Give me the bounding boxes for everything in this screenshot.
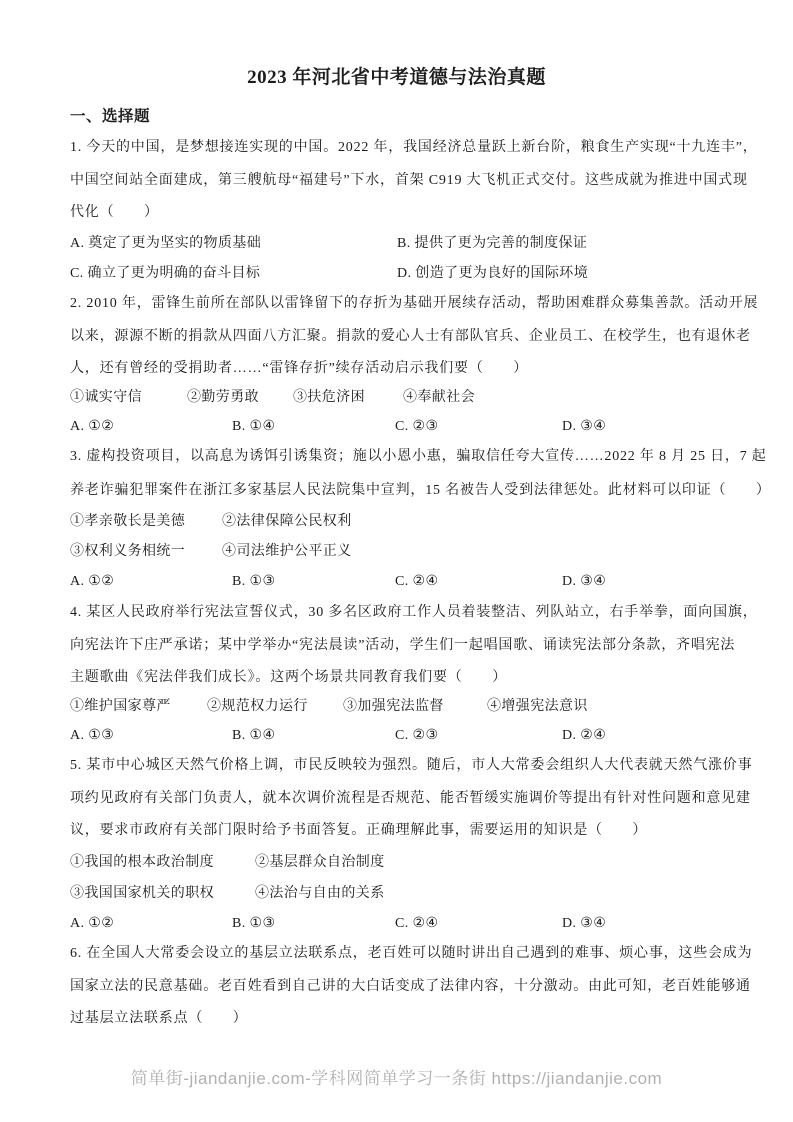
question-5-answers-row: A. ①② B. ①③ C. ②④ D. ③④: [70, 913, 793, 935]
question-1-options-row-cd: C. 确立了更为明确的奋斗目标 D. 创造了更为良好的国际环境: [70, 263, 793, 285]
question-4-option-d: D. ②④: [562, 725, 606, 747]
question-2-item-4: ④奉献社会: [403, 387, 475, 409]
question-4-line-1: 4. 某区人民政府举行宪法宣誓仪式，30 多名区政府工作人员着装整洁、列队站立，…: [70, 602, 730, 624]
question-2-option-d: D. ③④: [562, 416, 606, 438]
question-3-option-d: D. ③④: [562, 571, 606, 593]
question-3-answers-row: A. ①② B. ①③ C. ②④ D. ③④: [70, 571, 793, 593]
question-2-line-2: 以来，源源不断的捐款从四面八方汇聚。捐款的爱心人士有部队官兵、企业员工、在校学生…: [70, 326, 730, 348]
question-5-items-row-2: ③我国国家机关的职权 ④法治与自由的关系: [70, 883, 793, 905]
question-4-option-a: A. ①③: [70, 725, 114, 747]
question-1-option-a: A. 奠定了更为坚实的物质基础: [70, 233, 261, 255]
question-3-item-4: ④司法维护公平正义: [222, 541, 352, 563]
question-1-line-3: 代化（ ）: [70, 202, 730, 224]
question-1-line-2: 中国空间站全面建成，第三艘航母“福建号”下水，首架 C919 大飞机正式交付。这…: [70, 170, 730, 192]
question-2-option-a: A. ①②: [70, 416, 114, 438]
question-4-line-2: 向宪法许下庄严承诺；某中学举办“宪法晨读”活动，学生们一起唱国歌、诵读宪法部分条…: [70, 635, 730, 657]
question-2-option-b: B. ①④: [232, 416, 275, 438]
question-5-line-3: 议，要求市政府有关部门限时给予书面答复。正确理解此事，需要运用的知识是（ ）: [70, 820, 730, 842]
question-5-option-b: B. ①③: [232, 913, 275, 935]
question-6-line-2: 国家立法的民意基础。老百姓看到自己讲的大白话变成了法律内容，十分激动。由此可知，…: [70, 976, 730, 998]
question-1-options-row-ab: A. 奠定了更为坚实的物质基础 B. 提供了更为完善的制度保证: [70, 233, 793, 255]
question-5-item-2: ②基层群众自治制度: [255, 852, 385, 874]
question-1-line-1: 1. 今天的中国，是梦想接连实现的中国。2022 年，我国经济总量跃上新台阶，粮…: [70, 137, 730, 159]
question-4-answers-row: A. ①③ B. ①④ C. ②③ D. ②④: [70, 725, 793, 747]
question-5-option-a: A. ①②: [70, 913, 114, 935]
question-2-line-1: 2. 2010 年，雷锋生前所在部队以雷锋留下的存折为基础开展续存活动，帮助困难…: [70, 293, 730, 315]
page-title: 2023 年河北省中考道德与法治真题: [0, 62, 793, 89]
section-heading-multiple-choice: 一、选择题: [70, 104, 150, 126]
question-5-line-2: 项约见政府有关部门负责人，就本次调价流程是否规范、能否暂缓实施调价等提出有针对性…: [70, 788, 730, 810]
question-1-option-c: C. 确立了更为明确的奋斗目标: [70, 263, 260, 285]
question-4-items-row: ①维护国家尊严 ②规范权力运行 ③加强宪法监督 ④增强宪法意识: [70, 696, 793, 718]
question-2-item-3: ③扶危济困: [293, 387, 365, 409]
question-4-option-b: B. ①④: [232, 725, 275, 747]
exam-document-page: 2023 年河北省中考道德与法治真题 一、选择题 1. 今天的中国，是梦想接连实…: [0, 0, 793, 1122]
question-2-items-row: ①诚实守信 ②勤劳勇敢 ③扶危济困 ④奉献社会: [70, 387, 793, 409]
question-2-answers-row: A. ①② B. ①④ C. ②③ D. ③④: [70, 416, 793, 438]
question-4-item-2: ②规范权力运行: [207, 696, 308, 718]
question-6-line-3: 过基层立法联系点（ ）: [70, 1008, 730, 1030]
question-3-items-row-1: ①孝亲敬长是美德 ②法律保障公民权利: [70, 511, 793, 533]
watermark-footer: 简单街-jiandanjie.com-学科网简单学习一条街 https://ji…: [0, 1064, 793, 1089]
question-3-option-c: C. ②④: [395, 571, 438, 593]
question-5-items-row-1: ①我国的根本政治制度 ②基层群众自治制度: [70, 852, 793, 874]
question-4-line-3: 主题歌曲《宪法伴我们成长》。这两个场景共同教育我们要（ ）: [70, 667, 730, 689]
question-4-item-1: ①维护国家尊严: [70, 696, 171, 718]
question-3-items-row-2: ③权利义务相统一 ④司法维护公平正义: [70, 541, 793, 563]
question-2-option-c: C. ②③: [395, 416, 438, 438]
question-3-option-a: A. ①②: [70, 571, 114, 593]
question-3-option-b: B. ①③: [232, 571, 275, 593]
question-5-item-3: ③我国国家机关的职权: [70, 883, 214, 905]
question-2-line-3: 人，还有曾经的受捐助者……“雷锋存折”续存活动启示我们要（ ）: [70, 358, 730, 380]
question-5-line-1: 5. 某市中心城区天然气价格上调，市民反映较为强烈。随后，市人大常委会组织人大代…: [70, 755, 730, 777]
question-3-item-3: ③权利义务相统一: [70, 541, 185, 563]
question-4-item-4: ④增强宪法意识: [487, 696, 588, 718]
question-6-line-1: 6. 在全国人大常委会设立的基层立法联系点，老百姓可以随时讲出自己遇到的难事、烦…: [70, 943, 730, 965]
question-3-line-1: 3. 虚构投资项目，以高息为诱饵引诱集资；施以小恩小惠，骗取信任夸大宣传……20…: [70, 446, 730, 468]
question-4-item-3: ③加强宪法监督: [343, 696, 444, 718]
question-4-option-c: C. ②③: [395, 725, 438, 747]
question-5-option-c: C. ②④: [395, 913, 438, 935]
question-3-line-2: 养老诈骗犯罪案件在浙江多家基层人民法院集中宣判，15 名被告人受到法律惩处。此材…: [70, 480, 730, 502]
question-3-item-1: ①孝亲敬长是美德: [70, 511, 185, 533]
question-5-option-d: D. ③④: [562, 913, 606, 935]
question-5-item-1: ①我国的根本政治制度: [70, 852, 214, 874]
question-5-item-4: ④法治与自由的关系: [255, 883, 385, 905]
question-1-option-b: B. 提供了更为完善的制度保证: [397, 233, 587, 255]
question-2-item-2: ②勤劳勇敢: [187, 387, 259, 409]
question-3-item-2: ②法律保障公民权利: [222, 511, 352, 533]
question-1-option-d: D. 创造了更为良好的国际环境: [397, 263, 588, 285]
question-2-item-1: ①诚实守信: [70, 387, 142, 409]
